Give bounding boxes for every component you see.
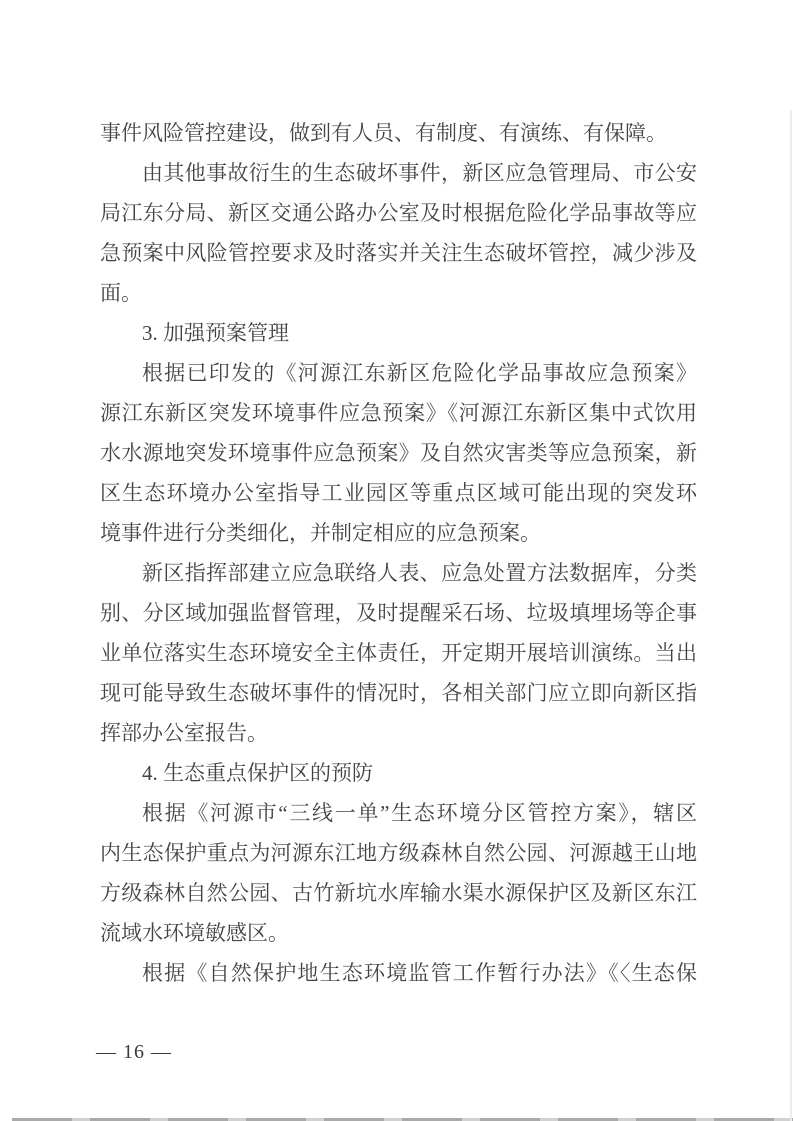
text-line: 4. 生态重点保护区的预防 bbox=[100, 753, 697, 793]
text-line: 业单位落实生态环境安全主体责任，开定期开展培训演练。当出 bbox=[100, 633, 697, 673]
text-line: 别、分区域加强监督管理，及时提醒采石场、垃圾填埋场等企事 bbox=[100, 593, 697, 633]
scan-edge-right bbox=[790, 110, 792, 1121]
text-line: 内生态保护重点为河源东江地方级森林自然公园、河源越王山地 bbox=[100, 833, 697, 873]
text-line: 根据已印发的《河源江东新区危险化学品事故应急预案》《河 bbox=[100, 353, 697, 393]
text-line: 3. 加强预案管理 bbox=[100, 313, 697, 353]
text-line: 新区指挥部建立应急联络人表、应急处置方法数据库，分类 bbox=[100, 553, 697, 593]
text-line: 面。 bbox=[100, 273, 697, 313]
text-line: 局江东分局、新区交通公路办公室及时根据危险化学品事故等应 bbox=[100, 193, 697, 233]
text-line: 根据《自然保护地生态环境监管工作暂行办法》《〈生态保 bbox=[100, 953, 697, 993]
text-line: 挥部办公室报告。 bbox=[100, 713, 697, 753]
text-line: 流域水环境敏感区。 bbox=[100, 913, 697, 953]
text-line: 根据《河源市“三线一单”生态环境分区管控方案》，辖区 bbox=[100, 793, 697, 833]
text-line: 源江东新区突发环境事件应急预案》《河源江东新区集中式饮用 bbox=[100, 393, 697, 433]
text-line: 境事件进行分类细化，并制定相应的应急预案。 bbox=[100, 513, 697, 553]
document-body: 事件风险管控建设，做到有人员、有制度、有演练、有保障。由其他事故衍生的生态破坏事… bbox=[100, 113, 697, 993]
page-number: — 16 — bbox=[96, 1041, 172, 1064]
text-line: 急预案中风险管控要求及时落实并关注生态破坏管控，减少涉及 bbox=[100, 233, 697, 273]
text-line: 水水源地突发环境事件应急预案》及自然灾害类等应急预案，新 bbox=[100, 433, 697, 473]
text-line: 区生态环境办公室指导工业园区等重点区域可能出现的突发环 bbox=[100, 473, 697, 513]
text-line: 由其他事故衍生的生态破坏事件，新区应急管理局、市公安 bbox=[100, 153, 697, 193]
text-line: 事件风险管控建设，做到有人员、有制度、有演练、有保障。 bbox=[100, 113, 697, 153]
document-page: 事件风险管控建设，做到有人员、有制度、有演练、有保障。由其他事故衍生的生态破坏事… bbox=[0, 0, 793, 1121]
text-line: 现可能导致生态破坏事件的情况时，各相关部门应立即向新区指 bbox=[100, 673, 697, 713]
text-line: 方级森林自然公园、古竹新坑水库输水渠水源保护区及新区东江 bbox=[100, 873, 697, 913]
